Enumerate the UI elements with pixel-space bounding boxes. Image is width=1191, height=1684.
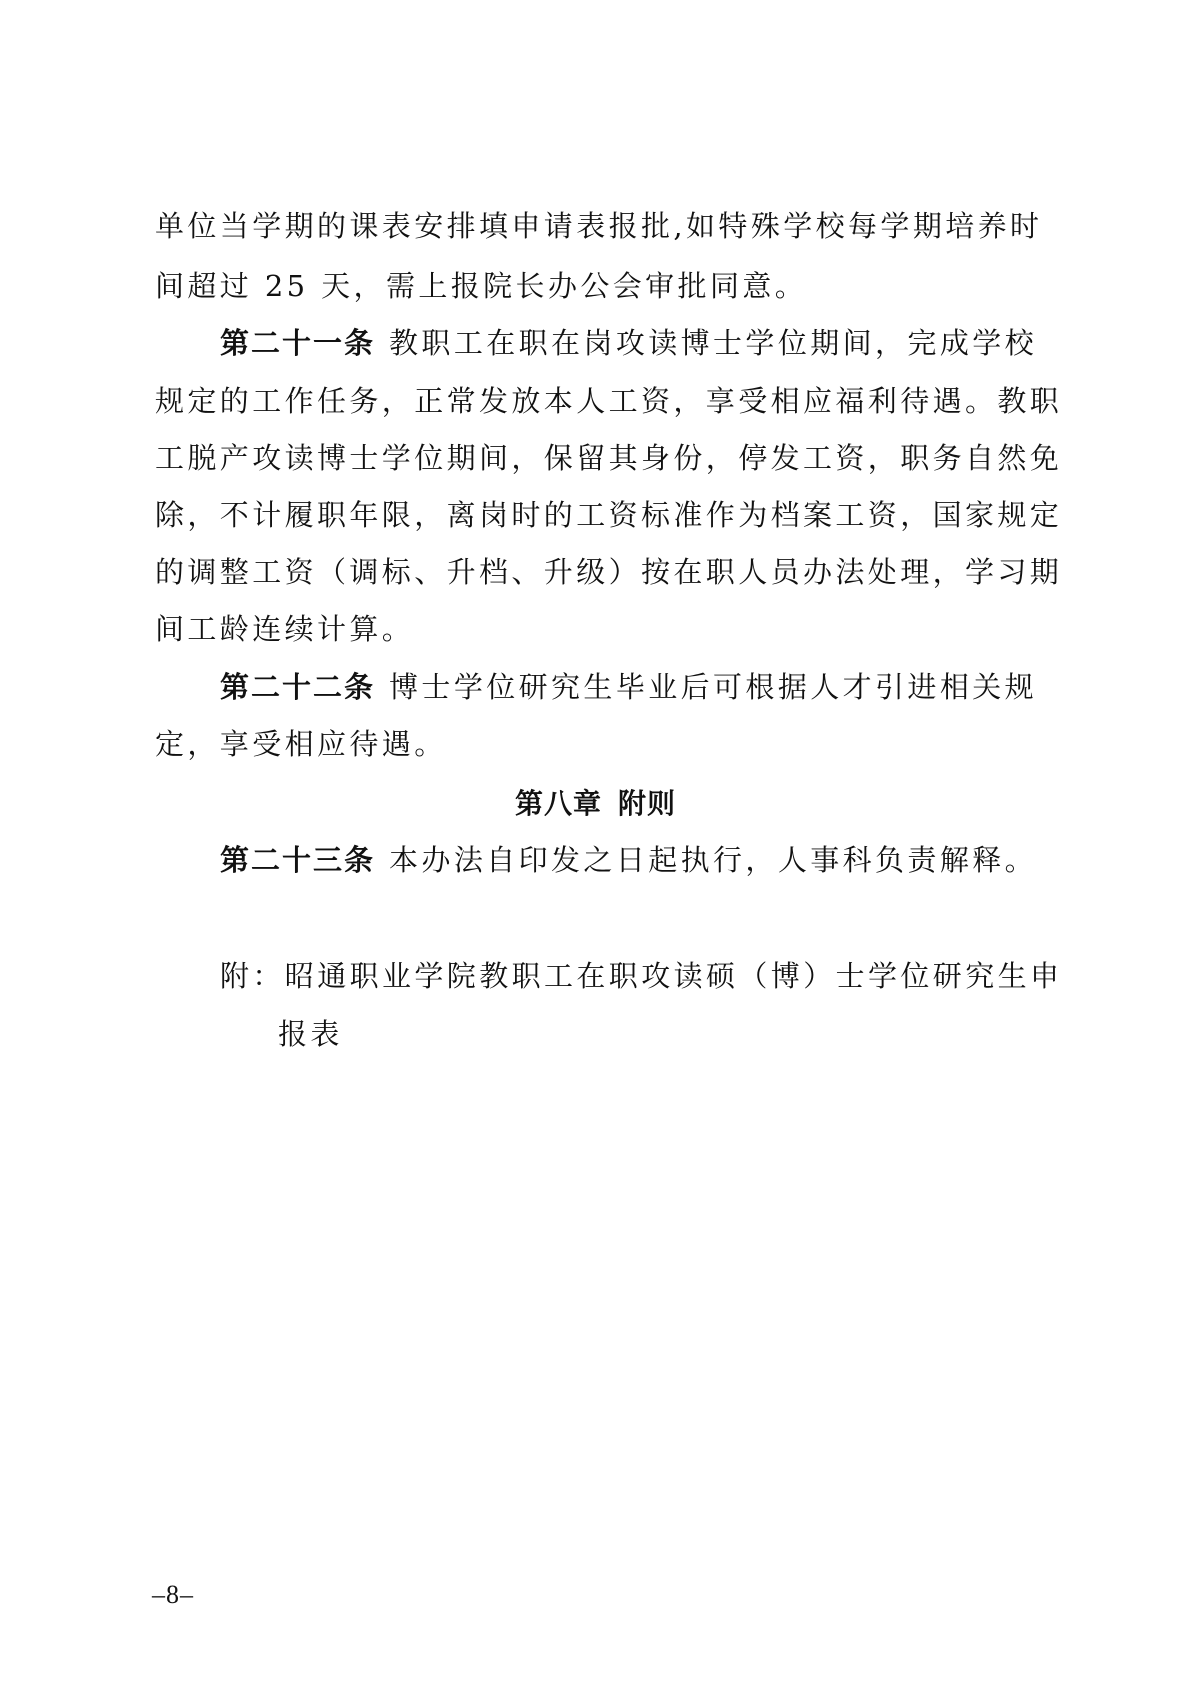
paragraph-line: 间工龄连续计算。 — [155, 611, 1035, 647]
document-page: 单位当学期的课表安排填申请表报批,如特殊学校每学期培养时 间超过 25 天，需上… — [0, 0, 1191, 1684]
paragraph-line: 单位当学期的课表安排填申请表报批,如特殊学校每学期培养时 — [155, 208, 1035, 244]
article-23-text: 本办法自印发之日起执行，人事科负责解释。 — [389, 843, 1037, 877]
article-23-line: 第二十三条本办法自印发之日起执行，人事科负责解释。 — [220, 842, 1100, 878]
article-22-line: 第二十二条博士学位研究生毕业后可根据人才引进相关规 — [220, 669, 1100, 705]
article-22-label: 第二十二条 — [220, 670, 375, 704]
paragraph-line: 除，不计履职年限，离岗时的工资标准作为档案工资，国家规定 — [155, 497, 1035, 533]
article-21-label: 第二十一条 — [220, 326, 375, 360]
paragraph-line: 间超过 25 天，需上报院长办公会审批同意。 — [155, 268, 1035, 304]
paragraph-line: 的调整工资（调标、升档、升级）按在职人员办法处理，学习期 — [155, 554, 1035, 590]
chapter-number: 第八章 — [515, 787, 602, 820]
attachment-line: 报表 — [278, 1016, 1158, 1052]
paragraph-line: 工脱产攻读博士学位期间，保留其身份，停发工资，职务自然免 — [155, 440, 1035, 476]
paragraph-line: 定，享受相应待遇。 — [155, 726, 1035, 762]
chapter-title: 附则 — [618, 787, 676, 820]
attachment-line: 附：昭通职业学院教职工在职攻读硕（博）士学位研究生申 — [220, 958, 1100, 994]
article-21-text: 教职工在职在岗攻读博士学位期间，完成学校 — [389, 326, 1037, 360]
chapter-heading: 第八章附则 — [0, 786, 1191, 822]
article-23-label: 第二十三条 — [220, 843, 375, 877]
article-21-line: 第二十一条教职工在职在岗攻读博士学位期间，完成学校 — [220, 325, 1100, 361]
page-number: –8– — [152, 1580, 194, 1610]
article-22-text: 博士学位研究生毕业后可根据人才引进相关规 — [389, 670, 1037, 704]
paragraph-line: 规定的工作任务，正常发放本人工资，享受相应福利待遇。教职 — [155, 383, 1035, 419]
